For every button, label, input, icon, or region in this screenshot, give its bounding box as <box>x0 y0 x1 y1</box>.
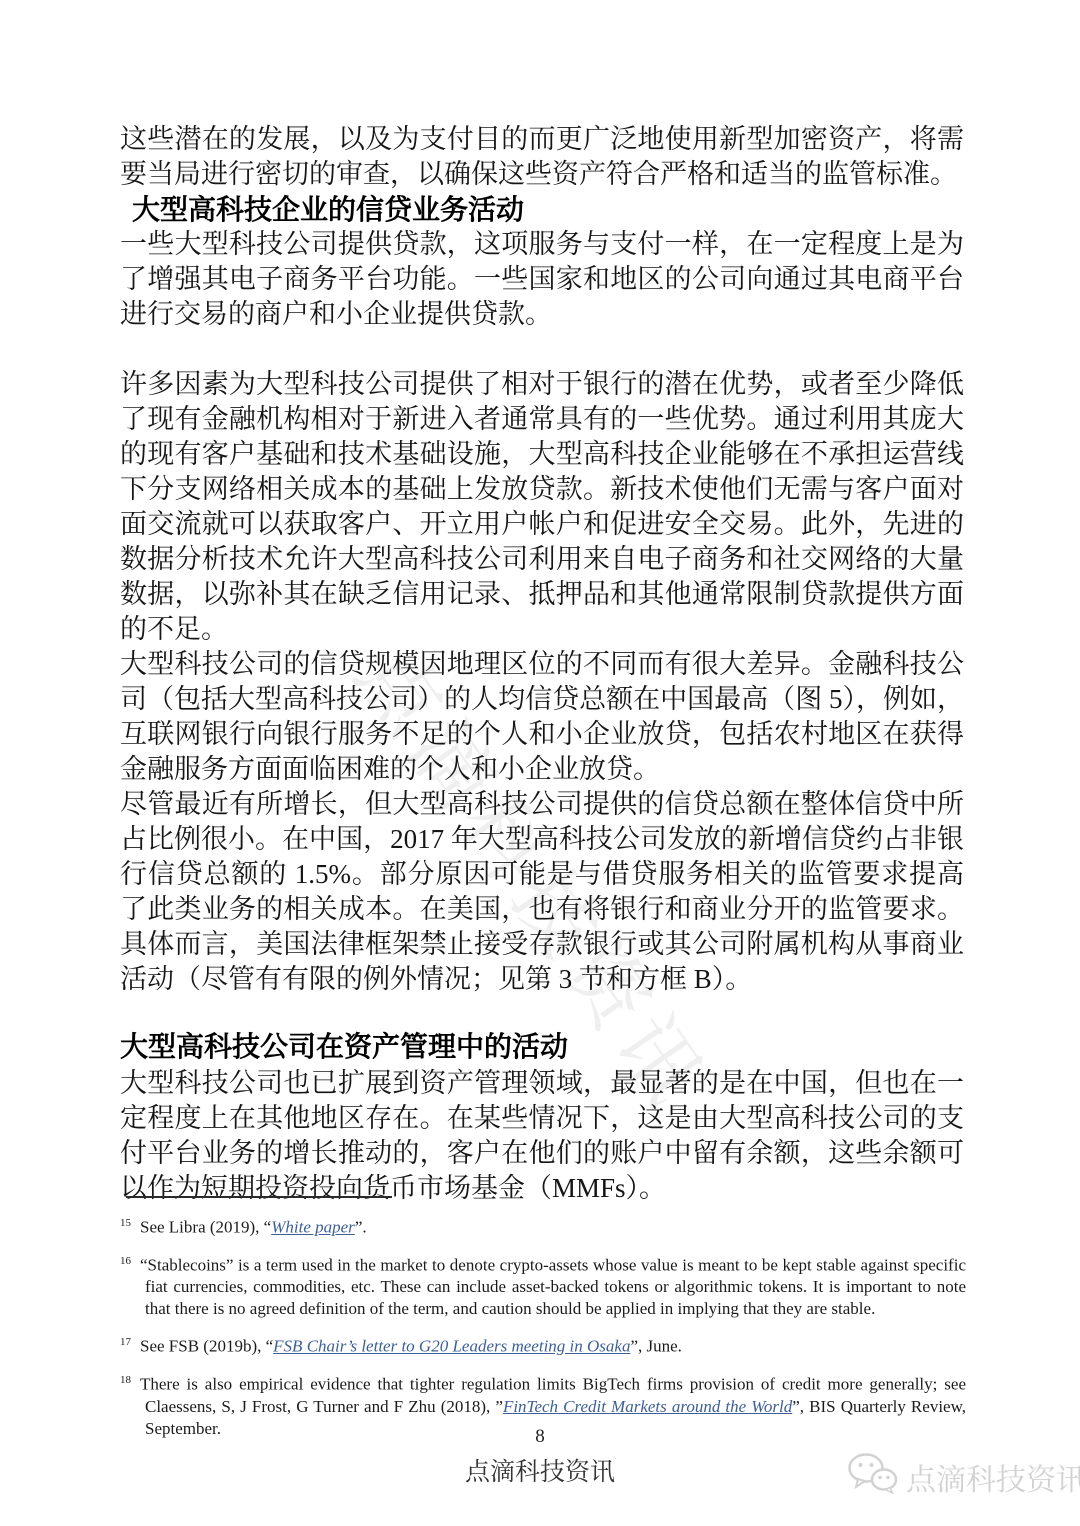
paragraph-credit-2: 许多因素为大型科技公司提供了相对于银行的潜在优势，或者至少降低了现有金融机构相对… <box>120 367 964 647</box>
paragraph-credit-1: 一些大型科技公司提供贷款，这项服务与支付一样，在一定程度上是为了增强其电子商务平… <box>120 227 964 332</box>
footnote-18-number: 18 <box>120 1374 131 1386</box>
section-heading-asset-management: 大型高科技公司在资产管理中的活动 <box>120 1029 964 1064</box>
paragraph-asset-mgmt-1: 大型科技公司也已扩展到资产管理领域，最显著的是在中国，但也在一定程度上在其他地区… <box>120 1066 964 1206</box>
corner-watermark: 点滴科技资讯 <box>846 1452 1080 1502</box>
footnote-17-text: See FSB (2019b), “ <box>140 1337 273 1356</box>
corner-watermark-text: 点滴科技资讯 <box>906 1455 1080 1499</box>
footnote-17-number: 17 <box>120 1336 131 1348</box>
intro-paragraph: 这些潜在的发展，以及为支付目的而更广泛地使用新型加密资产，将需要当局进行密切的审… <box>120 122 964 192</box>
footnote-16-text: “Stablecoins” is a term used in the mark… <box>140 1255 966 1318</box>
footnote-16: 16“Stablecoins” is a term used in the ma… <box>120 1250 966 1321</box>
footnote-15: 15See Libra (2019), “White paper”. <box>120 1212 966 1239</box>
wechat-logo-icon <box>846 1452 898 1502</box>
footnote-16-number: 16 <box>120 1255 131 1267</box>
footnote-18-link[interactable]: FinTech Credit Markets around the World <box>503 1397 792 1416</box>
document-body: 这些潜在的发展，以及为支付目的而更广泛地使用新型加密资产，将需要当局进行密切的审… <box>120 122 964 1206</box>
footnote-15-text: See Libra (2019), “ <box>140 1218 271 1237</box>
section-heading-credit-activities: 大型高科技企业的信贷业务活动 <box>120 192 964 227</box>
footnote-separator-rule <box>126 1196 392 1198</box>
page-number: 8 <box>0 1426 1080 1448</box>
footnote-15-suffix: ”. <box>355 1218 367 1237</box>
paragraph-credit-4: 尽管最近有所增长，但大型高科技公司提供的信贷总额在整体信贷中所占比例很小。在中国… <box>120 787 964 997</box>
footnote-15-link[interactable]: White paper <box>271 1218 355 1237</box>
footnote-17-suffix: ”, June. <box>630 1337 681 1356</box>
footnote-17-link[interactable]: FSB Chair’s letter to G20 Leaders meetin… <box>273 1337 630 1356</box>
footnote-15-number: 15 <box>120 1217 131 1229</box>
footnotes-section: 15See Libra (2019), “White paper”. 16“St… <box>120 1196 966 1451</box>
paragraph-credit-3: 大型科技公司的信贷规模因地理区位的不同而有很大差异。金融科技公司（包括大型高科技… <box>120 647 964 787</box>
document-page: 点滴科技资讯 这些潜在的发展，以及为支付目的而更广泛地使用新型加密资产，将需要当… <box>0 0 1080 1526</box>
footnote-17: 17See FSB (2019b), “FSB Chair’s letter t… <box>120 1331 966 1358</box>
